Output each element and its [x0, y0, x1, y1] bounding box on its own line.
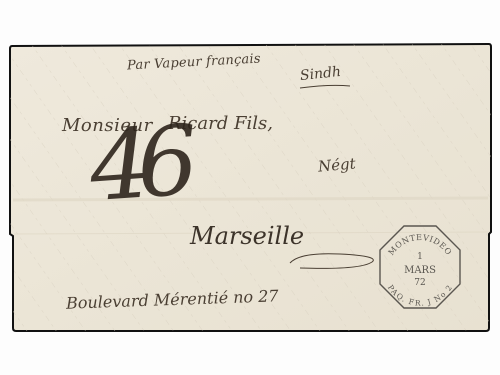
fold-line	[13, 198, 488, 200]
addressee-name: Ricard Fils,	[168, 113, 273, 134]
addressee-title: Négt	[317, 154, 356, 175]
postmark-day: 1	[417, 252, 423, 262]
postmark-month: MARS	[404, 265, 436, 276]
folded-letter-cover: Par Vapeur français Sindh Monsieur Ricar…	[0, 0, 500, 375]
postmark-stamp: MONTEVIDEO PAQ. FR. J No 2 1 MARS 72	[374, 222, 466, 314]
destination-city: Marseille	[190, 222, 304, 250]
postmark-year: 72	[414, 278, 425, 288]
postage-due-marking: 46	[86, 105, 188, 223]
